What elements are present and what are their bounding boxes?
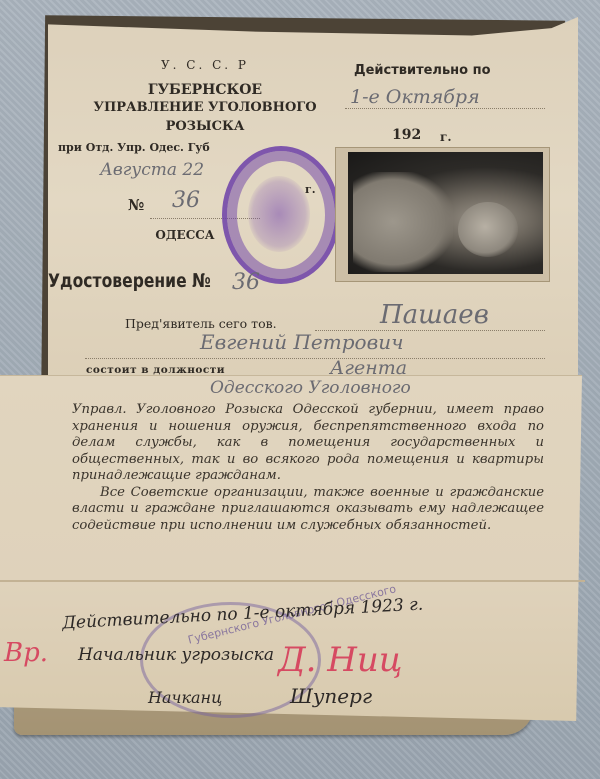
- privileges-paragraph-1: Управл. Уголовного Розыска Одесской губе…: [72, 402, 544, 485]
- secretary-signature: Шуперг: [290, 684, 372, 708]
- validity-year: 192: [392, 127, 421, 143]
- validity-line: [345, 108, 545, 109]
- position-label: состоит в должности: [86, 364, 225, 376]
- position-line2-handwritten: Одесского Уголовного: [210, 378, 411, 398]
- name-line: [85, 358, 545, 359]
- bearer-name-handwritten: Евгений Петрович: [200, 330, 404, 354]
- number-label: №: [128, 196, 144, 214]
- violet-stamp-core: [248, 176, 310, 252]
- validity-handwritten: 1-е Октября: [350, 86, 480, 108]
- red-prefix: Вр.: [4, 638, 48, 668]
- header-line-3: РОЗЫСКА: [110, 119, 300, 134]
- issue-date-handwritten: Августа 22: [100, 160, 204, 180]
- photo-shirt: [353, 172, 453, 272]
- validity-label: Действительно по: [354, 63, 491, 78]
- bearer-surname-handwritten: Пашаев: [380, 300, 489, 330]
- certificate-title: Удостоверение №: [48, 270, 211, 292]
- privileges-paragraph-2: Все Советские организации, также военные…: [72, 485, 544, 535]
- header-line-2: УПРАВЛЕНИЕ УГОЛОВНОГО: [60, 100, 350, 115]
- photo-face: [458, 202, 518, 257]
- header-line-1: ГУБЕРНСКОЕ: [110, 82, 300, 98]
- bearer-photo: [348, 152, 543, 274]
- position-handwritten: Агента: [330, 357, 407, 379]
- certificate-number-handwritten: 36: [232, 270, 260, 295]
- republic-label: У. С. С. Р: [130, 58, 280, 72]
- header-line-4: при Отд. Упр. Одес. Губ: [58, 141, 210, 154]
- secretary-handwritten: Начканц: [148, 688, 222, 707]
- privileges-text: Управл. Уголовного Розыска Одесской губе…: [72, 402, 544, 534]
- number-handwritten: 36: [172, 188, 200, 213]
- bearer-label: Пред'явитель сего тов.: [125, 316, 277, 331]
- role-handwritten: Начальник угрозыска: [78, 645, 274, 665]
- photo-frame: [335, 147, 550, 282]
- fold-line: [0, 580, 585, 582]
- red-signature: Д. Ниц: [278, 640, 403, 680]
- validity-year-suffix: г.: [440, 130, 452, 144]
